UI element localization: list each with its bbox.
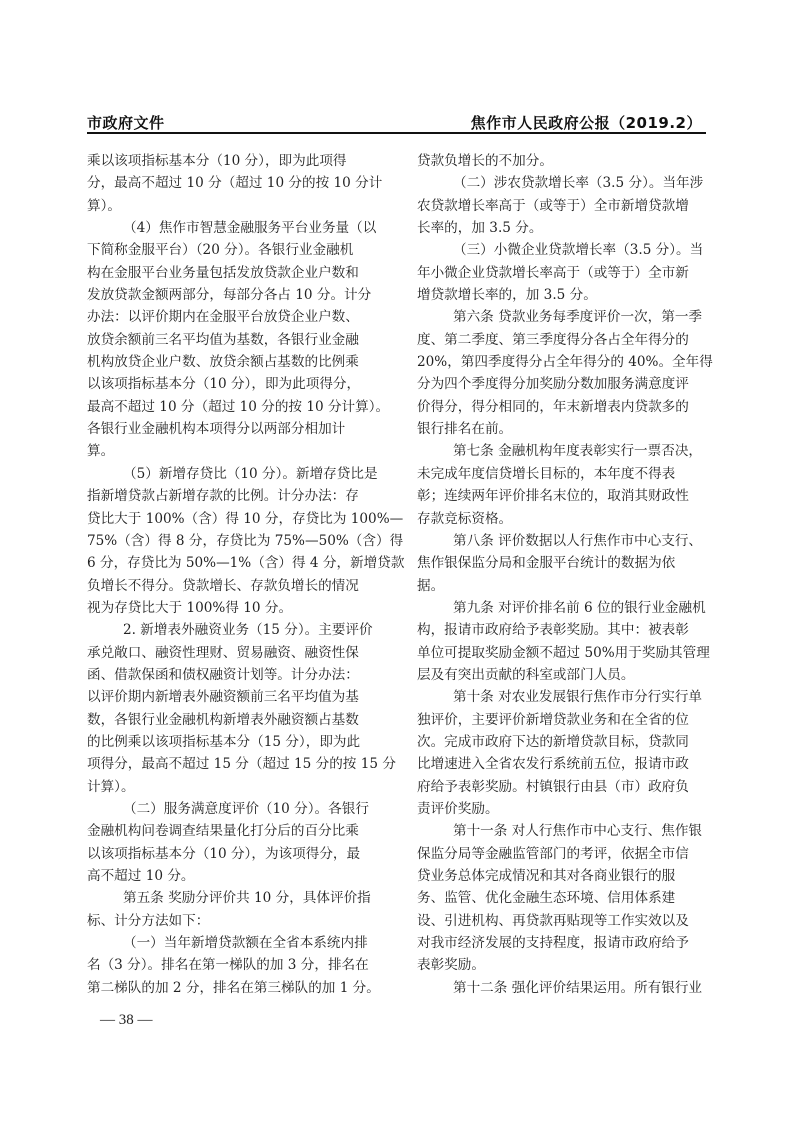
- text-line: 对我市经济发展的支持程度，报请市政府给予: [417, 932, 709, 954]
- text-line: 价得分，得分相同的，年末新增表内贷款多的: [417, 396, 709, 418]
- text-line: 构在金服平台业务量包括发放贷款企业户数和: [87, 262, 387, 284]
- text-line: 第九条 对评价排名前 6 位的银行业金融机: [417, 597, 709, 619]
- text-line: 表彰奖励。: [417, 954, 709, 976]
- text-line: 75%（含）得 8 分，存贷比为 75%—50%（含）得: [87, 530, 387, 552]
- text-line: 彰；连续两年评价排名末位的，取消其财政性: [417, 485, 709, 507]
- text-line: 务、监管、优化金融生态环境、信用体系建: [417, 887, 709, 909]
- right-column: 贷款负增长的不加分。（二）涉农贷款增长率（3.5 分）。当年涉农贷款增长率高于（…: [417, 150, 709, 999]
- text-line: 2. 新增表外融资业务（15 分）。主要评价: [87, 619, 387, 641]
- text-line: 20%，第四季度得分占全年得分的 40%。全年得: [417, 351, 709, 373]
- header-section-title: 市政府文件: [87, 112, 165, 133]
- text-line: 未完成年度信贷增长目标的，本年度不得表: [417, 463, 709, 485]
- text-line: 算）。: [87, 195, 387, 217]
- text-line: 金融机构问卷调查结果量化打分后的百分比乘: [87, 820, 387, 842]
- text-line: （5）新增存贷比（10 分）。新增存贷比是: [87, 463, 387, 485]
- text-line: 分，最高不超过 10 分（超过 10 分的按 10 分计: [87, 172, 387, 194]
- text-line: 计算）。: [87, 776, 387, 798]
- text-line: 第七条 金融机构年度表彰实行一票否决，: [417, 440, 709, 462]
- text-line: 第十条 对农业发展银行焦作市分行实行单: [417, 686, 709, 708]
- text-line: 高不超过 10 分。: [87, 865, 387, 887]
- text-line: 焦作银保监分局和金服平台统计的数据为依: [417, 552, 709, 574]
- text-line: 第六条 贷款业务每季度评价一次，第一季: [417, 306, 709, 328]
- text-line: 比增速进入全省农发行系统前五位，报请市政: [417, 753, 709, 775]
- text-line: 独评价，主要评价新增贷款业务和在全省的位: [417, 709, 709, 731]
- text-line: 标、计分方法如下：: [87, 910, 387, 932]
- text-line: 责评价奖励。: [417, 798, 709, 820]
- page-number: — 38 —: [100, 1012, 153, 1029]
- text-line: 第二梯队的加 2 分，排名在第三梯队的加 1 分。: [87, 977, 387, 999]
- text-line: 视为存贷比大于 100%得 10 分。: [87, 597, 387, 619]
- text-line: 各银行业金融机构本项得分以两部分相加计: [87, 418, 387, 440]
- text-line: 据。: [417, 575, 709, 597]
- text-line: 以评价期内新增表外融资额前三名平均值为基: [87, 686, 387, 708]
- text-line: 银行排名在前。: [417, 418, 709, 440]
- text-line: 以该项指标基本分（10 分），为该项得分，最: [87, 843, 387, 865]
- text-line: 保监分局等金融监管部门的考评，依据全市信: [417, 843, 709, 865]
- text-line: （二）服务满意度评价（10 分）。各银行: [87, 798, 387, 820]
- header-publication-title: 焦作市人民政府公报（2019.2）: [471, 112, 702, 133]
- text-line: 层及有突出贡献的科室或部门人员。: [417, 664, 709, 686]
- text-line: 府给予表彰奖励。村镇银行由县（市）政府负: [417, 776, 709, 798]
- text-line: 放贷余额前三名平均值为基数，各银行业金融: [87, 329, 387, 351]
- text-line: 数，各银行业金融机构新增表外融资额占基数: [87, 709, 387, 731]
- text-line: 的比例乘以该项指标基本分（15 分），即为此: [87, 731, 387, 753]
- text-line: 增贷款增长率的，加 3.5 分。: [417, 284, 709, 306]
- text-line: 设、引进机构、再贷款再贴现等工作实效以及: [417, 910, 709, 932]
- text-line: 第五条 奖励分评价共 10 分，具体评价指: [87, 887, 387, 909]
- text-line: 单位可提取奖励金额不超过 50%用于奖励其管理: [417, 642, 709, 664]
- text-line: 以该项指标基本分（10 分），即为此项得分，: [87, 373, 387, 395]
- text-line: 指新增贷款占新增存款的比例。计分办法：存: [87, 485, 387, 507]
- text-line: 第十二条 强化评价结果运用。所有银行业: [417, 977, 709, 999]
- text-line: 下简称金服平台）（20 分）。各银行业金融机: [87, 239, 387, 261]
- text-line: 承兑敞口、融资性理财、贸易融资、融资性保: [87, 642, 387, 664]
- text-line: 长率的，加 3.5 分。: [417, 217, 709, 239]
- text-line: 机构放贷企业户数、放贷余额占基数的比例乘: [87, 351, 387, 373]
- text-line: 算。: [87, 440, 387, 462]
- text-line: 存款竞标资格。: [417, 508, 709, 530]
- text-line: 负增长不得分。贷款增长、存款负增长的情况: [87, 575, 387, 597]
- text-line: 农贷款增长率高于（或等于）全市新增贷款增: [417, 195, 709, 217]
- text-line: 办法：以评价期内在金服平台放贷企业户数、: [87, 306, 387, 328]
- text-line: 次。完成市政府下达的新增贷款目标，贷款同: [417, 731, 709, 753]
- text-line: （4）焦作市智慧金融服务平台业务量（以: [87, 217, 387, 239]
- text-line: 年小微企业贷款增长率高于（或等于）全市新: [417, 262, 709, 284]
- text-line: 贷款负增长的不加分。: [417, 150, 709, 172]
- text-line: 项得分，最高不超过 15 分（超过 15 分的按 15 分: [87, 753, 387, 775]
- text-line: 分为四个季度得分加奖励分数加服务满意度评: [417, 373, 709, 395]
- text-line: 乘以该项指标基本分（10 分），即为此项得: [87, 150, 387, 172]
- text-line: 贷业务总体完成情况和其对各商业银行的服: [417, 865, 709, 887]
- text-line: （一）当年新增贷款额在全省本系统内排: [87, 932, 387, 954]
- text-line: 第十一条 对人行焦作市中心支行、焦作银: [417, 820, 709, 842]
- text-line: 贷比大于 100%（含）得 10 分，存贷比为 100%—: [87, 508, 387, 530]
- text-line: 最高不超过 10 分（超过 10 分的按 10 分计算）。: [87, 396, 387, 418]
- text-line: （三）小微企业贷款增长率（3.5 分）。当: [417, 239, 709, 261]
- text-line: 6 分，存贷比为 50%—1%（含）得 4 分，新增贷款: [87, 552, 387, 574]
- text-line: 名（3 分）。排名在第一梯队的加 3 分，排名在: [87, 954, 387, 976]
- text-line: （二）涉农贷款增长率（3.5 分）。当年涉: [417, 172, 709, 194]
- text-line: 发放贷款金额两部分，每部分各占 10 分。计分: [87, 284, 387, 306]
- text-line: 第八条 评价数据以人行焦作市中心支行、: [417, 530, 709, 552]
- text-line: 函、借款保函和债权融资计划等。计分办法：: [87, 664, 387, 686]
- text-line: 构，报请市政府给予表彰奖励。其中：被表彰: [417, 619, 709, 641]
- left-column: 乘以该项指标基本分（10 分），即为此项得分，最高不超过 10 分（超过 10 …: [87, 150, 387, 999]
- page-header: 市政府文件 焦作市人民政府公报（2019.2）: [87, 110, 706, 134]
- text-line: 度、第二季度、第三季度得分各占全年得分的: [417, 329, 709, 351]
